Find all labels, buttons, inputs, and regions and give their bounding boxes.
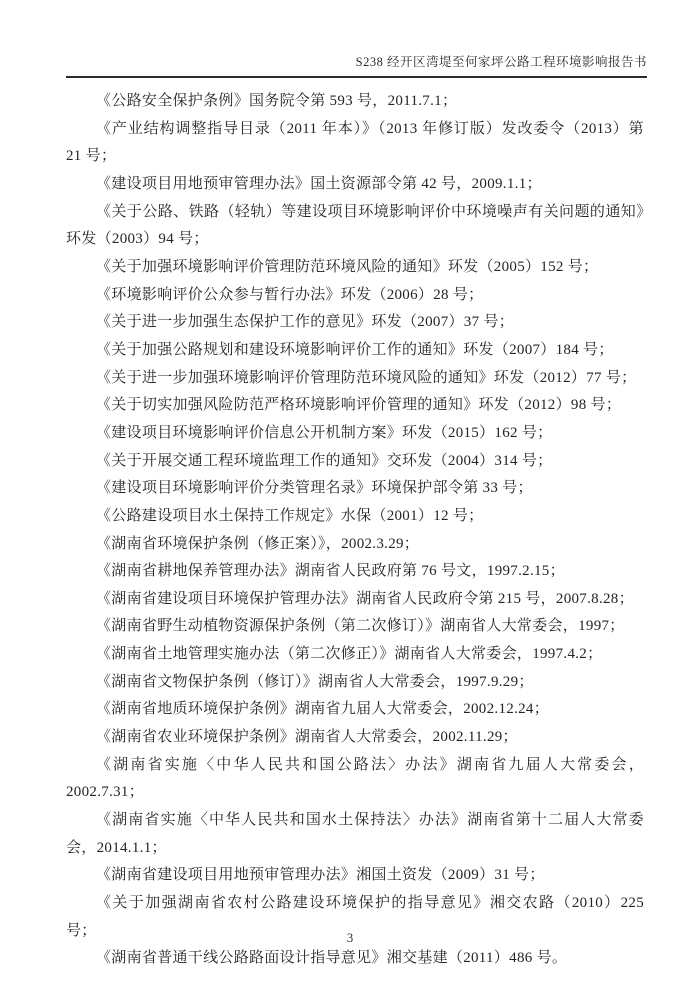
paragraph: 《公路安全保护条例》国务院令第 593 号，2011.7.1； [66,88,644,116]
page-footer: 3 [0,930,700,946]
paragraph: 《建设项目用地预审管理办法》国土资源部令第 42 号，2009.1.1； [66,171,644,199]
paragraph: 《关于加强公路规划和建设环境影响评价工作的通知》环发（2007）184 号； [66,337,644,365]
paragraph: 《建设项目环境影响评价分类管理名录》环境保护部令第 33 号； [66,475,644,503]
paragraph: 《建设项目环境影响评价信息公开机制方案》环发（2015）162 号； [66,420,644,448]
paragraph: 《湖南省普通干线公路路面设计指导意见》湘交基建（2011）486 号。 [66,945,644,973]
paragraph: 《产业结构调整指导目录（2011 年本）》（2013 年修订版）发改委令（201… [66,116,644,171]
report-title: S238 经开区湾堤至何家坪公路工程环境影响报告书 [356,55,647,69]
paragraph: 《环境影响评价公众参与暂行办法》环发（2006）28 号； [66,282,644,310]
paragraph: 《湖南省农业环境保护条例》湖南省人大常委会，2002.11.29； [66,724,644,752]
paragraph: 《湖南省实施〈中华人民共和国水土保持法〉办法》湖南省第十二届人大常委会，2014… [66,807,644,862]
paragraph: 《湖南省野生动植物资源保护条例（第二次修订）》湖南省人大常委会，1997； [66,613,644,641]
paragraph: 《湖南省建设项目用地预审管理办法》湘国土资发（2009）31 号； [66,862,644,890]
paragraph: 《湖南省土地管理实施办法（第二次修正）》湖南省人大常委会，1997.4.2； [66,641,644,669]
paragraph: 《关于进一步加强环境影响评价管理防范环境风险的通知》环发（2012）77 号； [66,365,644,393]
paragraph: 《湖南省文物保护条例（修订）》湖南省人大常委会，1997.9.29； [66,669,644,697]
paragraph: 《公路建设项目水土保持工作规定》水保（2001）12 号； [66,503,644,531]
paragraph: 《关于进一步加强生态保护工作的意见》环发（2007）37 号； [66,309,644,337]
paragraph: 《湖南省实施〈中华人民共和国公路法〉办法》湖南省九届人大常委会，2002.7.3… [66,752,644,807]
document-body: 《公路安全保护条例》国务院令第 593 号，2011.7.1；《产业结构调整指导… [66,88,644,973]
paragraph: 《关于切实加强风险防范严格环境影响评价管理的通知》环发（2012）98 号； [66,392,644,420]
page-header: S238 经开区湾堤至何家坪公路工程环境影响报告书 [66,54,647,78]
document-page: S238 经开区湾堤至何家坪公路工程环境影响报告书 《公路安全保护条例》国务院令… [0,0,700,990]
paragraph: 《湖南省地质环境保护条例》湖南省九届人大常委会，2002.12.24； [66,696,644,724]
paragraph: 《湖南省建设项目环境保护管理办法》湖南省人民政府令第 215 号，2007.8.… [66,586,644,614]
paragraph: 《关于开展交通工程环境监理工作的通知》交环发（2004）314 号； [66,448,644,476]
paragraph: 《湖南省环境保护条例（修正案）》，2002.3.29； [66,531,644,559]
paragraph: 《关于加强环境影响评价管理防范环境风险的通知》环发（2005）152 号； [66,254,644,282]
paragraph: 《关于公路、铁路（轻轨）等建设项目环境影响评价中环境噪声有关问题的通知》环发（2… [66,199,644,254]
page-number: 3 [347,930,354,945]
paragraph: 《湖南省耕地保养管理办法》湖南省人民政府第 76 号文，1997.2.15； [66,558,644,586]
